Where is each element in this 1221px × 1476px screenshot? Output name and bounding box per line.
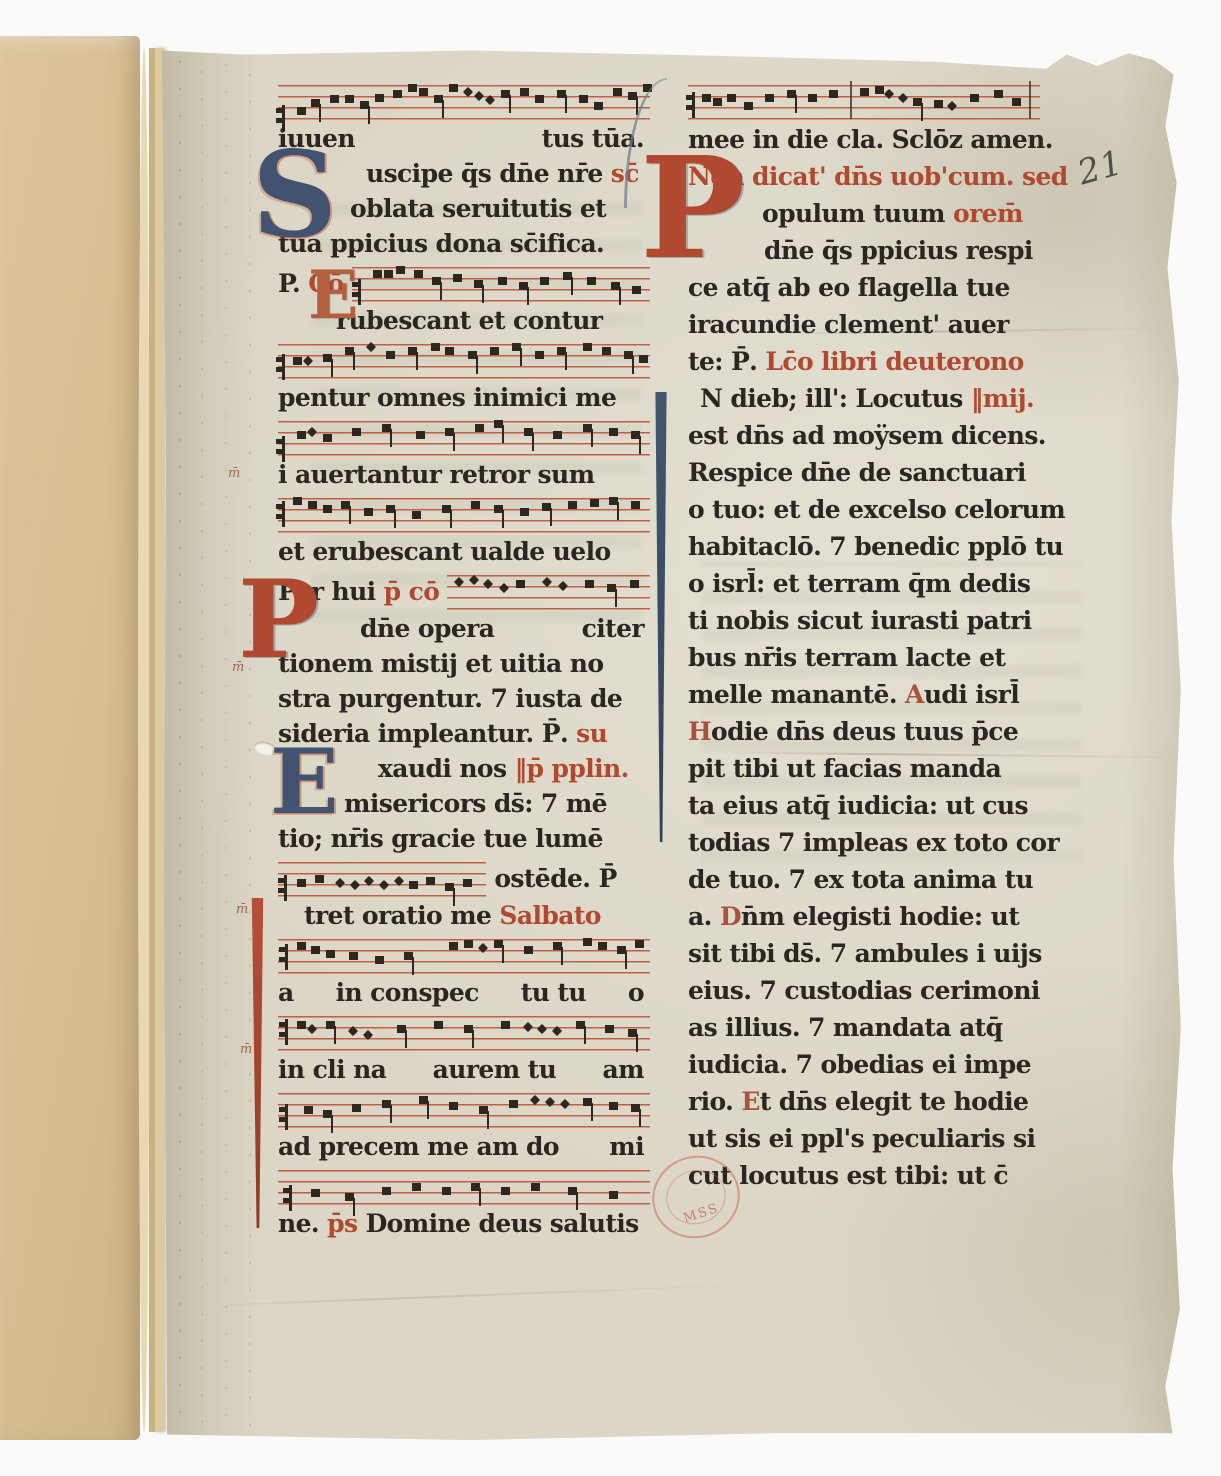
clef-icon <box>358 279 361 305</box>
neume-note <box>311 946 320 954</box>
neume-note <box>609 1191 618 1199</box>
neume-note <box>419 88 428 96</box>
neume-note <box>535 351 544 359</box>
neume-note <box>449 84 458 92</box>
text-segment: iracundie clement' auer <box>688 310 1009 339</box>
text-segment: iudicia. 7 obedias ei impe <box>688 1050 1031 1079</box>
neume-note <box>553 942 562 950</box>
text-line: sideria impleantur. P̄. su <box>278 717 650 752</box>
music-stave <box>278 858 486 899</box>
neume-note <box>304 1106 313 1114</box>
neume-note <box>485 95 495 105</box>
neume-note <box>375 956 384 964</box>
neume-note <box>393 90 402 98</box>
text-line: N dieb; ill': Locutus ‖mij. <box>700 381 1040 418</box>
text-segment: ‖mij. <box>971 384 1034 413</box>
stave-label: P. Cō <box>278 264 344 304</box>
neume-note <box>494 420 503 428</box>
flyleaf-page <box>0 36 140 1440</box>
text-segment: sit tibi ds̄. 7 ambules i uijs <box>688 939 1042 968</box>
text-line: opulum tuum orem̄ <box>762 196 1040 233</box>
text-segment: ostēde. P̄ <box>494 864 616 893</box>
text-segment: habitaclō. 7 benedic pplō tu <box>688 532 1063 561</box>
neume-note <box>323 505 332 513</box>
neume-note <box>379 880 389 890</box>
neume-note <box>394 876 404 886</box>
text-line: o tuo: et de excelso celorum <box>688 492 1040 529</box>
neume-note <box>474 280 483 288</box>
neume-note <box>631 1104 640 1112</box>
neume-note <box>568 501 577 509</box>
neume-note <box>350 880 360 890</box>
neume-note <box>384 270 393 278</box>
neume-note <box>386 351 395 359</box>
neume-note <box>598 942 607 950</box>
neume-note <box>501 1187 510 1195</box>
text-line: as illius. 7 mandata atq̄ <box>688 1010 1040 1047</box>
chant-stave-row: Per hui p̄ cō <box>278 570 650 612</box>
neume-note <box>509 1100 518 1108</box>
neume-note <box>416 431 425 439</box>
neume-note <box>345 1193 354 1201</box>
text-line: misericors ds̄: 7 mē <box>344 787 650 822</box>
neume-note <box>531 1183 540 1191</box>
text-segment: tu tu <box>521 976 586 1011</box>
neume-note <box>382 1187 391 1195</box>
chant-stave-row <box>278 1011 650 1053</box>
neume-note <box>434 95 443 103</box>
chant-stave-row <box>278 80 650 122</box>
neume-note <box>297 431 306 439</box>
neume-note <box>913 98 922 106</box>
music-stave <box>688 81 1040 122</box>
neume-note <box>345 347 354 355</box>
text-segment: Lc̄o libri deuterono <box>765 347 1023 376</box>
chant-stave-row <box>278 339 650 381</box>
neume-note <box>297 879 306 887</box>
neume-note <box>454 577 464 587</box>
text-segment: melle manantē. <box>688 680 905 709</box>
stave-barline <box>850 81 852 119</box>
music-stave <box>352 263 650 304</box>
neume-note <box>335 878 345 888</box>
neume-note <box>631 431 640 439</box>
neume-note <box>442 1187 451 1195</box>
text-line: Non dicat' dn̄s uob'cum. sed <box>688 159 1040 196</box>
neume-note <box>345 95 354 103</box>
neume-note <box>414 270 423 278</box>
text-segment: tua ppicius dona sc̄ifica. <box>278 229 604 258</box>
text-line: sit tibi ds̄. 7 ambules i uijs <box>688 936 1040 973</box>
chant-stave-row <box>278 493 650 535</box>
text-line: iuuentus tūa. <box>278 122 650 157</box>
clef-icon <box>282 501 285 527</box>
neume-note <box>934 100 943 108</box>
neume-note <box>364 876 374 886</box>
margin-mark: m̄ <box>240 1042 252 1057</box>
neume-note <box>386 505 395 513</box>
neume-note <box>576 1021 585 1029</box>
text-segment: E <box>741 1087 759 1116</box>
manuscript-scan: SEPE iuuentus tūa.uscipe q̄s dn̄e nr̄e s… <box>0 0 1221 1476</box>
neume-note <box>408 347 417 355</box>
neume-note <box>624 351 633 359</box>
neume-note <box>445 347 454 355</box>
text-segment: aurem tu <box>433 1053 557 1088</box>
music-stave <box>278 417 650 458</box>
text-line: ne. p̄s Domine deus salutis <box>278 1207 650 1242</box>
neume-note <box>293 357 302 365</box>
chant-stave-row <box>278 416 650 458</box>
text-segment: Salbato <box>499 901 600 930</box>
neume-note <box>611 282 620 290</box>
text-line: tionem mistij et uitia no <box>278 647 650 682</box>
chant-stave-row <box>278 1088 650 1130</box>
text-segment: udi isrl̄ <box>924 680 1019 709</box>
neume-note <box>303 356 313 366</box>
neume-note <box>297 1021 306 1029</box>
text-segment: dn̄e q̄s ppicius respi <box>764 236 1033 265</box>
text-segment: dn̄e opera <box>360 612 494 647</box>
neume-note <box>373 270 382 278</box>
neume-note <box>397 1025 406 1033</box>
text-line: rio. Et dn̄s elegit te hodie <box>688 1084 1040 1121</box>
neume-note <box>537 1024 547 1034</box>
margin-mark: m̄ <box>236 902 248 917</box>
text-segment: xaudi nos <box>378 754 515 783</box>
text-segment: eius. 7 custodias cerimoni <box>688 976 1040 1005</box>
neume-note <box>808 94 817 102</box>
text-segment: sideria impleantur. P̄. <box>278 719 576 748</box>
text-line: oblata seruitutis et <box>350 192 650 227</box>
neume-note <box>520 88 529 96</box>
text-line: in cli naaurem tuam <box>278 1053 650 1088</box>
neume-note <box>412 511 421 519</box>
neume-note <box>323 1110 332 1118</box>
neume-note <box>765 94 774 102</box>
text-segment: tus tūa. <box>542 122 644 157</box>
text-segment: D <box>720 902 741 931</box>
neume-note <box>632 286 641 294</box>
music-stave <box>278 1166 650 1207</box>
neume-note <box>362 1030 372 1040</box>
neume-note <box>501 90 510 98</box>
text-line: Hodie dn̄s deus tuus p̄ce <box>688 714 1040 751</box>
neume-note <box>947 101 957 111</box>
text-line: mee in die cla. Sclōz amen. <box>688 122 1040 159</box>
clef-icon <box>692 92 695 118</box>
text-segment: Non dicat' dn̄s uob'cum. sed <box>688 162 1068 191</box>
text-segment: oblata seruitutis et <box>350 194 606 223</box>
neume-note <box>542 577 552 587</box>
neume-note <box>499 583 509 593</box>
illuminated-initial-E: E <box>270 742 338 823</box>
neume-note <box>1012 98 1021 106</box>
text-segment: ad precem me am do <box>278 1130 559 1165</box>
neume-note <box>382 1100 391 1108</box>
text-segment: n̄m elegisti hodie: ut <box>741 902 1019 931</box>
text-segment: pentur omnes inimici me <box>278 383 616 412</box>
neume-note <box>412 1183 421 1191</box>
neume-note <box>553 431 562 439</box>
neume-note <box>464 1025 473 1033</box>
neume-note <box>609 497 618 505</box>
neume-note <box>520 508 529 516</box>
stave-barline <box>1029 81 1031 119</box>
neume-note <box>308 501 317 509</box>
text-segment: P. <box>278 269 308 298</box>
neume-note <box>631 501 640 509</box>
neume-note <box>583 1098 592 1106</box>
neume-note <box>326 950 335 958</box>
neume-note <box>348 1026 358 1036</box>
clef-icon <box>284 875 287 901</box>
neume-note <box>330 95 339 103</box>
text-segment: iuuen <box>278 122 355 157</box>
neume-note <box>545 1097 555 1107</box>
neume-note <box>449 942 458 950</box>
text-segment: Domine deus salutis <box>366 1209 639 1238</box>
neume-note <box>702 94 711 102</box>
chant-stave-row: P. Cō <box>278 262 650 304</box>
text-line: habitaclō. 7 benedic pplō tu <box>688 529 1040 566</box>
text-segment: ut sis ei ppl's peculiaris si <box>688 1124 1035 1153</box>
text-line: de tuo. 7 ex tota anima tu <box>688 862 1040 899</box>
chant-stave-row <box>688 80 1040 122</box>
neume-note <box>408 84 417 92</box>
neume-note <box>875 86 884 94</box>
text-line: ta eius atq̄ iudicia: ut cus <box>688 788 1040 825</box>
neume-note <box>560 1099 570 1109</box>
text-segment: a. <box>688 902 720 931</box>
clef-icon <box>282 436 285 462</box>
neume-note <box>639 355 648 363</box>
neume-note <box>419 1096 428 1104</box>
text-segment: sc̄ <box>611 159 639 188</box>
text-line: Respice dn̄e de sanctuari <box>688 455 1040 492</box>
parchment-folio: SEPE iuuentus tūa.uscipe q̄s dn̄e nr̄e s… <box>162 42 1190 1450</box>
text-line: uscipe q̄s dn̄e nr̄e sc̄ <box>366 157 650 192</box>
text-segment: o tuo: et de excelso celorum <box>688 495 1065 524</box>
text-line: pentur omnes inimici me <box>278 381 650 416</box>
neume-note <box>579 95 588 103</box>
neume-note <box>557 347 566 355</box>
neume-note <box>587 277 596 285</box>
text-line: ut sis ei ppl's peculiaris si <box>688 1121 1040 1158</box>
text-segment: su <box>576 719 607 748</box>
text-segment: odie dn̄s deus tuus p̄ce <box>711 717 1018 746</box>
text-segment: a <box>278 976 294 1011</box>
text-line: todias 7 impleas ex toto cor <box>688 825 1040 862</box>
neume-note <box>628 1029 637 1037</box>
text-line: tua ppicius dona sc̄ifica. <box>278 227 650 262</box>
neume-note <box>483 579 493 589</box>
neume-note <box>453 274 462 282</box>
text-segment: ‖p̄ pplin. <box>515 754 629 783</box>
text-segment: citer <box>582 612 644 647</box>
neume-note <box>860 88 869 96</box>
stave-label: Per hui p̄ cō <box>278 572 439 612</box>
neume-note <box>607 584 616 592</box>
neume-note <box>744 102 753 110</box>
text-line: eius. 7 custodias cerimoni <box>688 973 1040 1010</box>
neume-note <box>315 875 324 883</box>
neume-note <box>434 1021 443 1029</box>
text-line: pit tibi ut facias manda <box>688 751 1040 788</box>
text-segment: i auertantur retror sum <box>278 460 594 489</box>
neume-note <box>323 434 332 442</box>
neume-note <box>445 883 454 891</box>
text-line: a. Dn̄m elegisti hodie: ut <box>688 899 1040 936</box>
text-segment: t dn̄s elegit te hodie <box>760 1087 1029 1116</box>
neume-note <box>590 499 599 507</box>
text-segment: ne. <box>278 1209 327 1238</box>
neume-note <box>524 428 533 436</box>
neume-note <box>445 428 454 436</box>
text-segment: in cli na <box>278 1053 386 1088</box>
neume-note <box>490 347 499 355</box>
neume-note <box>602 347 611 355</box>
neume-note <box>727 94 736 102</box>
neume-note <box>530 1095 540 1105</box>
neume-note <box>471 1183 480 1191</box>
text-line: est dn̄s ad moÿsem dicens. <box>688 418 1040 455</box>
neume-note <box>609 428 618 436</box>
text-segment: A <box>905 680 924 709</box>
neume-note <box>478 943 488 953</box>
music-stave <box>278 1089 650 1130</box>
text-segment: est dn̄s ad moÿsem dicens. <box>688 421 1046 450</box>
neume-note <box>563 272 572 280</box>
text-line: melle manantē. Audi isrl̄ <box>688 677 1040 714</box>
neume-note <box>471 501 480 509</box>
neume-note <box>540 277 549 285</box>
text-segment: mi <box>609 1130 644 1165</box>
neume-note <box>516 580 525 588</box>
neume-note <box>558 581 568 591</box>
neume-note <box>535 95 544 103</box>
text-segment: todias 7 impleas ex toto cor <box>688 828 1059 857</box>
music-stave <box>278 935 650 976</box>
neume-note <box>463 87 473 97</box>
text-line: i auertantur retror sum <box>278 458 650 493</box>
margin-mark: m̄ <box>232 660 244 675</box>
neume-note <box>501 1021 510 1029</box>
music-stave <box>278 340 650 381</box>
text-segment: in conspec <box>336 976 479 1011</box>
text-segment: p̄ cō <box>384 577 440 606</box>
neume-note <box>426 877 435 885</box>
neume-note <box>787 90 796 98</box>
text-segment: rubescant et contur <box>336 306 602 335</box>
clef-icon <box>282 105 285 131</box>
text-line: cut locutus est tibi: ut c̄ <box>688 1158 1040 1195</box>
text-segment: H <box>688 717 711 746</box>
text-segment: pit tibi ut facias manda <box>688 754 1001 783</box>
right-text-column: P mee in die cla. Sclōz amen.Non dicat' … <box>688 80 1040 1195</box>
neume-note <box>449 1102 458 1110</box>
neume-note <box>431 343 440 351</box>
text-segment: o isrl̄: et terram q̄m dedis <box>688 569 1030 598</box>
chant-stave-row: ostēde. P̄ <box>278 857 650 899</box>
margin-mark: m̄ <box>228 466 240 481</box>
clef-icon <box>285 1104 288 1130</box>
neume-note <box>498 277 507 285</box>
neume-note <box>463 879 472 887</box>
neume-note <box>382 424 391 432</box>
neume-note <box>494 505 503 513</box>
music-stave <box>278 1012 650 1053</box>
text-segment: N dieb; ill': Locutus <box>700 384 971 413</box>
chant-stave-row <box>278 1165 650 1207</box>
neume-note <box>323 354 332 362</box>
neume-note <box>994 90 1003 98</box>
neume-note <box>970 94 979 102</box>
neume-note <box>583 343 592 351</box>
neume-note <box>297 107 306 115</box>
neume-note <box>341 501 350 509</box>
neume-note <box>297 942 306 950</box>
neume-note <box>542 503 551 511</box>
text-segment: tret oratio me <box>304 901 499 930</box>
text-segment: ta eius atq̄ iudicia: ut cus <box>688 791 1028 820</box>
folio-number: 21 <box>1073 143 1128 194</box>
neume-note <box>364 508 373 516</box>
text-line: dn̄e q̄s ppicius respi <box>764 233 1040 270</box>
neume-note <box>524 946 533 954</box>
neume-note <box>404 952 413 960</box>
neume-note <box>293 497 302 505</box>
neume-note <box>409 881 418 889</box>
text-line: iudicia. 7 obedias ei impe <box>688 1047 1040 1084</box>
text-segment: mee in die cla. Sclōz amen. <box>688 125 1053 154</box>
left-text-column: SEPE iuuentus tūa.uscipe q̄s dn̄e nr̄e s… <box>278 80 650 1242</box>
neume-note <box>479 1106 488 1114</box>
text-line: bus nr̄is terram lacte et <box>688 640 1040 677</box>
text-line: dn̄e operaciter <box>360 612 650 647</box>
music-stave <box>278 494 650 535</box>
music-stave <box>447 571 650 612</box>
clef-icon <box>285 944 288 970</box>
text-line: et erubescant ualde uelo <box>278 535 650 570</box>
neume-note <box>522 1022 532 1032</box>
text-segment: opulum tuum <box>762 199 953 228</box>
neume-note <box>585 580 594 588</box>
parchment-crease <box>203 1283 768 1307</box>
neume-note <box>475 424 484 432</box>
neume-note <box>512 343 521 351</box>
neume-note <box>360 101 369 109</box>
text-segment: stra purgentur. 7 iusta de <box>278 684 622 713</box>
text-segment: te: P̄. <box>688 347 765 376</box>
neume-note <box>468 351 477 359</box>
text-line: xaudi nos ‖p̄ pplin. <box>378 752 650 787</box>
text-line: stra purgentur. 7 iusta de <box>278 682 650 717</box>
neume-note <box>630 580 639 588</box>
neume-note <box>469 575 479 585</box>
text-segment: o <box>628 976 644 1011</box>
neume-note <box>352 1104 361 1112</box>
neume-note <box>311 99 320 107</box>
neume-note <box>568 1187 577 1195</box>
illuminated-bar-initial <box>654 392 668 842</box>
clef-icon <box>282 354 285 380</box>
text-segment: uscipe q̄s dn̄e nr̄e <box>366 159 611 188</box>
text-segment: tionem mistij et uitia no <box>278 649 603 678</box>
text-line: ad precem me am domi <box>278 1130 650 1165</box>
text-line: tret oratio me Salbato <box>304 899 650 934</box>
neume-note <box>594 102 603 110</box>
